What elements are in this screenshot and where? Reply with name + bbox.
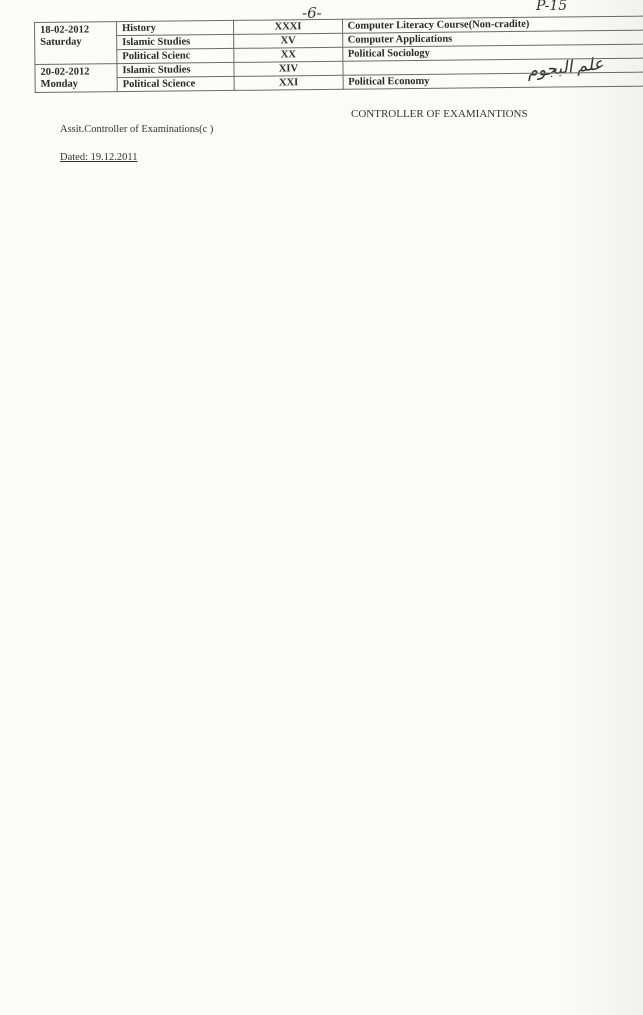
exam-date: 20-02-2012 <box>40 66 111 79</box>
paper-number-cell: XXI <box>234 75 342 90</box>
corner-handwritten-note: P-15 <box>536 0 567 14</box>
paper-number-cell: XXXI <box>234 19 342 34</box>
exam-day: Saturday <box>40 36 111 49</box>
exam-date: 18-02-2012 <box>40 24 111 37</box>
paper-title-cell: Political Economy <box>343 72 643 89</box>
paper-number-cell: XV <box>234 33 342 48</box>
paper-number-cell: XIV <box>234 61 342 76</box>
dated-line: Dated: 19.12.2011 <box>60 152 137 163</box>
subject-cell: Political Science <box>117 76 235 91</box>
subject-cell: Political Scienc <box>117 48 235 63</box>
subject-cell: History <box>117 20 235 35</box>
subject-cell: Islamic Studies <box>117 34 235 49</box>
scan-shadow <box>560 0 643 1015</box>
exam-day: Monday <box>41 78 112 91</box>
date-cell: 20-02-2012 Monday <box>35 64 117 93</box>
paper-number-cell: XX <box>234 47 342 62</box>
exam-schedule-table: 18-02-2012 Saturday History XXXI Compute… <box>34 16 643 93</box>
subject-cell: Islamic Studies <box>117 62 235 77</box>
date-cell: 18-02-2012 Saturday <box>35 22 117 65</box>
assistant-controller-signatory: Assit.Controller of Examinations(c ) <box>60 124 213 135</box>
controller-signatory: CONTROLLER OF EXAMIANTIONS <box>351 108 528 120</box>
